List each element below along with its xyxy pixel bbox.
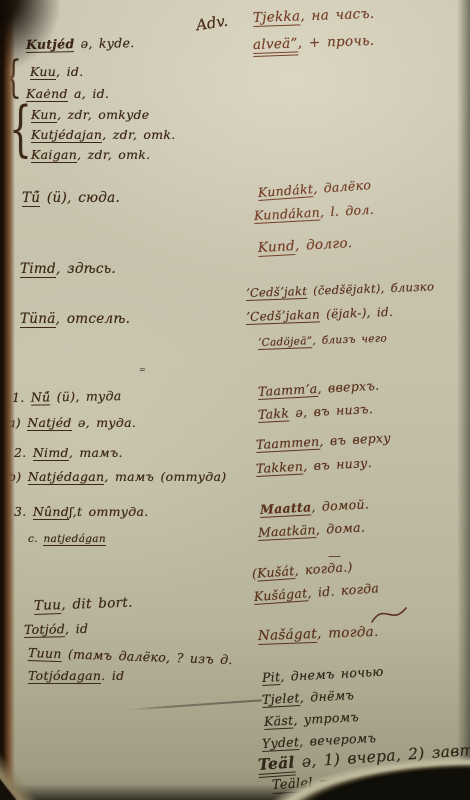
gloss: , тамъ.	[69, 445, 123, 460]
entry-cedsjakan: ʼCedšʼjakan (ëjak-), id.	[246, 306, 394, 325]
headword: ʼCedšʼjakt	[246, 284, 308, 301]
entry-natjedagan: b) Natjédagan, тамъ (оттуда)	[8, 470, 226, 484]
gloss: , отселѣ.	[56, 311, 131, 327]
headword: Nûnd	[33, 504, 69, 520]
item-marker: 2.	[14, 445, 33, 460]
manuscript-photo: Adv. { { Kutjéd ə, kyde. Kuu, id. Kaėnd …	[0, 0, 470, 800]
headword: Nû́	[31, 389, 51, 405]
headword: Natjéd	[27, 415, 72, 431]
gloss: (ëjak-), id.	[320, 305, 394, 322]
headword: Kund	[258, 238, 296, 257]
entry-kun: Kun, zdr, omkyde	[31, 108, 149, 122]
entry-kusagat: Kušágat, id. когда	[253, 581, 379, 604]
entry-totjod: Totjód, id	[24, 622, 89, 637]
gloss: , id	[65, 621, 88, 636]
header-label: Adv.	[195, 12, 229, 35]
entry-kund: Kund, долго.	[258, 236, 353, 256]
entry-tuu: Tuu, dit bort.	[34, 596, 133, 615]
gloss: , zdr, omk.	[102, 127, 175, 142]
headword: Takken	[256, 459, 304, 477]
shadow-edge-right	[457, 0, 470, 800]
headword: Kundákan	[254, 205, 321, 224]
gloss: ʃ,t оттуда.	[69, 504, 149, 519]
entry-kusat: (Kušát, когда.)	[251, 560, 353, 581]
gloss: , близъ чего	[312, 332, 387, 347]
gloss: , здѣсь.	[56, 261, 116, 277]
gloss: , id. когда	[307, 580, 380, 600]
gloss: ə, kyde.	[74, 35, 134, 51]
entry-nu: 1. Nû́ (ü), туда	[12, 389, 122, 405]
gloss: , дома.	[315, 519, 365, 537]
gloss: , id.	[56, 64, 83, 79]
gloss: , тогда.	[317, 624, 379, 642]
page-header: Adv.	[195, 12, 229, 35]
headword: Pit	[262, 669, 281, 686]
headword: ʼCadöjeä”	[258, 335, 313, 350]
headword: Taammʼa	[258, 381, 318, 400]
headword: Maatta	[260, 499, 312, 518]
headword: Kušát	[257, 563, 296, 582]
gloss: , тамъ (оттуда)	[104, 469, 226, 484]
equals-mark: =	[139, 365, 146, 374]
gloss: , zdr, omkyde	[57, 107, 149, 122]
entry-takken: Takken, въ низу.	[256, 456, 373, 476]
gloss: , вверхъ.	[317, 378, 380, 396]
headword: Tuun	[28, 645, 62, 662]
gloss: , + прочь.	[297, 33, 374, 52]
gloss: , zdr, omk.	[77, 147, 150, 162]
headword: Tû́	[22, 190, 40, 207]
headword: Tünä	[20, 311, 56, 328]
headword: Tuu	[34, 597, 62, 615]
headword: ʼCedšʼjakan	[246, 307, 321, 325]
entry-nimd: 2. Nimd, тамъ.	[14, 446, 123, 460]
headword: Nimd	[33, 445, 69, 461]
entry-timd: Timd, здѣсь.	[20, 262, 116, 278]
entry-taammen: Taammen, въ верху	[256, 431, 392, 452]
entry-nasagat: Našágat, тогда.	[258, 625, 379, 645]
headword: Taammen	[256, 434, 320, 453]
gloss: a, id.	[68, 86, 109, 101]
entry-tjekka: Tjekka, на часъ.	[253, 7, 375, 27]
entry-nund: 3. Nûndʃ,t оттуда.	[14, 505, 149, 519]
gloss: , на часъ.	[300, 6, 375, 25]
entry-tuna: Tünä, отселѣ.	[20, 312, 130, 328]
headword: Natjédagan	[28, 469, 105, 485]
page-curl-bottom-right	[170, 705, 470, 800]
gloss: , днёмъ	[299, 687, 354, 705]
entry-natjedagan-small: c. natjedágan	[28, 533, 106, 545]
entry-takk: Takk ə, въ низъ.	[258, 402, 374, 422]
headword: Kundákt	[257, 181, 313, 201]
item-marker: c.	[28, 533, 43, 545]
shadow-corner-top-left	[0, 0, 60, 70]
entry-kaend: Kaėnd a, id.	[26, 87, 109, 101]
headword: Takk	[258, 405, 290, 423]
headword: Kun	[31, 107, 57, 123]
gloss: ə, туда.	[72, 415, 136, 430]
entry-tu: Tû́ (ü), сюда.	[22, 191, 120, 207]
gloss: , dit bort.	[61, 595, 133, 613]
headword: Timd	[20, 261, 56, 278]
gloss: (тамъ далёко, ? изъ д.	[61, 646, 233, 667]
headword: Kušágat	[253, 585, 308, 605]
gloss: (čedšëjakt), близко	[307, 279, 434, 297]
headword: Kaigan	[31, 147, 77, 163]
entry-natjed: a) Natjéd ə, туда.	[8, 416, 136, 430]
headword: Kutjédajan	[31, 127, 102, 143]
entry-cadojea: ʼCadöjeä”, близъ чего	[258, 332, 387, 349]
book-binding-edge	[0, 0, 15, 800]
headword: Maatkän	[258, 522, 317, 541]
item-marker: 3.	[14, 504, 33, 519]
entry-cedsjakt: ʼCedšʼjakt (čedšëjakt), близко	[246, 280, 435, 300]
entry-maatta: Maatta, домой.	[260, 497, 370, 517]
gloss: . id	[101, 668, 124, 683]
headword: alveä”	[253, 35, 298, 57]
headword: natjedágan	[43, 533, 105, 546]
entry-kaigan: Kaigan, zdr, omk.	[31, 148, 150, 162]
gloss: , въ верху	[319, 430, 391, 449]
headword: Kaėnd	[26, 86, 68, 102]
gloss: ə, въ низъ.	[289, 401, 374, 420]
gloss: , l. дол.	[320, 202, 375, 220]
entry-maatkan: Maatkän, дома.	[258, 520, 366, 540]
entry-kutjedajan: Kutjédajan, zdr, omk.	[31, 128, 176, 142]
page-corner-bottom-left	[0, 745, 80, 800]
entry-pit: Pit, днемъ ночью	[262, 665, 384, 686]
gloss: , долго.	[295, 235, 353, 254]
gloss: (ü), сюда.	[40, 190, 120, 206]
gloss: , въ низу.	[303, 455, 373, 474]
gloss: , домой.	[311, 496, 369, 514]
headword: Totjódagan	[28, 668, 101, 684]
entry-tuun: Tuun (тамъ далёко, ? изъ д.	[28, 646, 233, 668]
entry-kundakt: Kundákt, далёко	[257, 178, 371, 200]
entry-taamma: Taammʼa, вверхъ.	[258, 379, 380, 400]
gloss: , днемъ ночью	[280, 664, 384, 684]
headword: Tjekka	[253, 8, 301, 27]
headword: Totjód	[24, 621, 65, 638]
entry-kundakan: Kundákan, l. дол.	[254, 203, 375, 224]
entry-alvea: alveä”, + прочь.	[253, 34, 375, 54]
entry-totjodagan: Totjódagan. id	[28, 669, 124, 683]
gloss: , когда.)	[294, 559, 353, 578]
headword: Našágat	[258, 626, 318, 645]
gloss: , далёко	[313, 177, 372, 196]
gloss: (ü), туда	[50, 388, 121, 404]
